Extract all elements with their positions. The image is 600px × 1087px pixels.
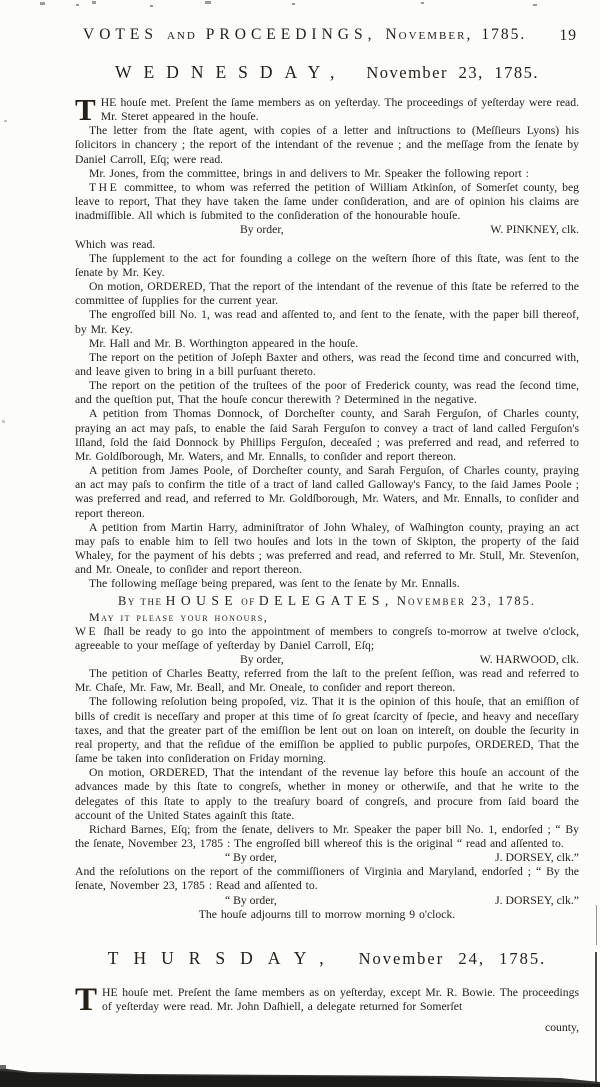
scanned-document-page: VOTES and PROCEEDINGS, November, 1785. 1… <box>0 0 600 1087</box>
clerk-signature: J. DORSEY, clk.” <box>495 894 579 908</box>
by-order-line: By order, W. PINKNEY, clk. <box>75 223 579 237</box>
page-number: 19 <box>560 27 578 45</box>
scan-speck <box>292 3 295 5</box>
title-month: November, <box>385 26 472 44</box>
paragraph-house-met: T HE houſe met. Preſent the ſame members… <box>75 986 579 1014</box>
paragraph-text: HE houſe met. Preſent the ſame members a… <box>101 96 579 123</box>
by-order-label: “ By order, <box>225 894 277 908</box>
paragraph: The report on the petition of Joſeph Bax… <box>75 351 579 379</box>
scan-speck <box>533 4 537 6</box>
scan-edge-line <box>596 905 597 945</box>
by-order-label: “ By order, <box>225 851 277 865</box>
day-heading-wednesday: WEDNESDAY, November 23, 1785. <box>75 62 579 83</box>
by-order-line: “ By order, J. DORSEY, clk.” <box>75 851 579 865</box>
day-date: November 23, 1785. <box>366 63 539 83</box>
paragraph: The ſupplement to the act for founding a… <box>75 252 579 280</box>
day-date: November 24, 1785. <box>359 949 547 969</box>
paragraph-text: HE houſe met. Preſent the ſame members a… <box>102 986 579 1013</box>
clerk-signature: J. DORSEY, clk.” <box>495 851 579 865</box>
paragraph: The report on the petition of the truſte… <box>75 379 579 407</box>
scan-speck <box>205 1 211 4</box>
paragraph-text: committee, to whom was referred the peti… <box>75 181 579 222</box>
by-order-label: By order, <box>240 223 284 237</box>
title-year: 1785. <box>481 26 526 44</box>
paragraph-committee-report: THE committee, to whom was referred the … <box>75 181 579 223</box>
paragraph-house-met: T HE houſe met. Preſent the ſame members… <box>75 96 579 124</box>
paragraph: The following reſolution being propoſed,… <box>75 695 579 766</box>
adjournment-line: The houſe adjourns till to morrow mornin… <box>75 908 579 922</box>
scan-speck <box>421 2 424 4</box>
day-heading-thursday: THURSDAY, November 24, 1785. <box>75 948 579 969</box>
house-of-delegates-dateline: By the HOUSE of DELEGATES, November 23, … <box>75 593 579 609</box>
by-order-line: “ By order, J. DORSEY, clk.” <box>75 894 579 908</box>
paragraph: Mr. Hall and Mr. B. Worthington appeared… <box>75 337 579 351</box>
paragraph: Richard Barnes, Eſq; from the ſenate, de… <box>75 823 579 851</box>
by-order-line: By order, W. HARWOOD, clk. <box>75 653 579 667</box>
paragraph: And the reſolutions on the report of the… <box>75 865 579 893</box>
day-name: THURSDAY, <box>108 948 339 969</box>
by-order-label: By order, <box>240 653 284 667</box>
dateline-word: DELEGATES, <box>259 593 394 608</box>
paragraph-text: ſhall be ready to go into the appointmen… <box>75 625 579 652</box>
catchword: county, <box>75 1021 579 1035</box>
scan-speck <box>150 5 153 7</box>
journal-title: VOTES and PROCEEDINGS, November, 1785. <box>83 26 526 44</box>
scan-bottom-band <box>0 1047 600 1087</box>
clerk-signature: W. PINKNEY, clk. <box>490 223 579 237</box>
title-word: VOTES <box>83 26 158 44</box>
running-head: VOTES and PROCEEDINGS, November, 1785. 1… <box>75 26 579 44</box>
scan-speck <box>2 420 5 423</box>
scan-speck <box>40 2 45 5</box>
salutation: May it please your honours, <box>89 610 579 624</box>
paragraph-lead: THE <box>89 181 119 194</box>
dateline-word: HOUSE <box>166 593 239 608</box>
clerk-signature: W. HARWOOD, clk. <box>480 653 579 667</box>
text-column: VOTES and PROCEEDINGS, November, 1785. 1… <box>75 26 579 1035</box>
paragraph: Mr. Jones, from the committee, brings in… <box>75 167 579 181</box>
dateline-date: November 23, 1785. <box>397 594 536 608</box>
paragraph: On motion, ORDERED, That the report of t… <box>75 280 579 308</box>
dateline-word: By the <box>118 594 162 608</box>
paragraph: A petition from Thomas Donnock, of Dorch… <box>75 407 579 464</box>
paragraph: The following meſſage being prepared, wa… <box>75 577 579 591</box>
title-word: PROCEEDINGS, <box>206 26 377 44</box>
paragraph: On motion, ORDERED, That the intendant o… <box>75 766 579 823</box>
dateline-word: of <box>241 594 256 608</box>
paragraph: The letter from the ſtate agent, with co… <box>75 124 579 166</box>
title-word: and <box>167 26 197 44</box>
drop-cap: T <box>75 97 96 122</box>
scan-speck <box>76 4 79 6</box>
drop-cap: T <box>75 987 97 1014</box>
paragraph-message: WE ſhall be ready to go into the appoint… <box>75 625 579 653</box>
paragraph: The petition of Charles Beatty, referred… <box>75 667 579 695</box>
scan-speck <box>4 120 7 122</box>
scan-speck <box>92 1 96 4</box>
paragraph: Which was read. <box>75 238 579 252</box>
day-name: WEDNESDAY, <box>115 62 346 83</box>
paragraph: A petition from James Poole, of Dorcheſt… <box>75 464 579 521</box>
paragraph: The engroſſed bill No. 1, was read and a… <box>75 308 579 336</box>
paragraph: A petition from Martin Harry, adminiſtra… <box>75 521 579 578</box>
paragraph-lead: WE <box>75 625 98 638</box>
